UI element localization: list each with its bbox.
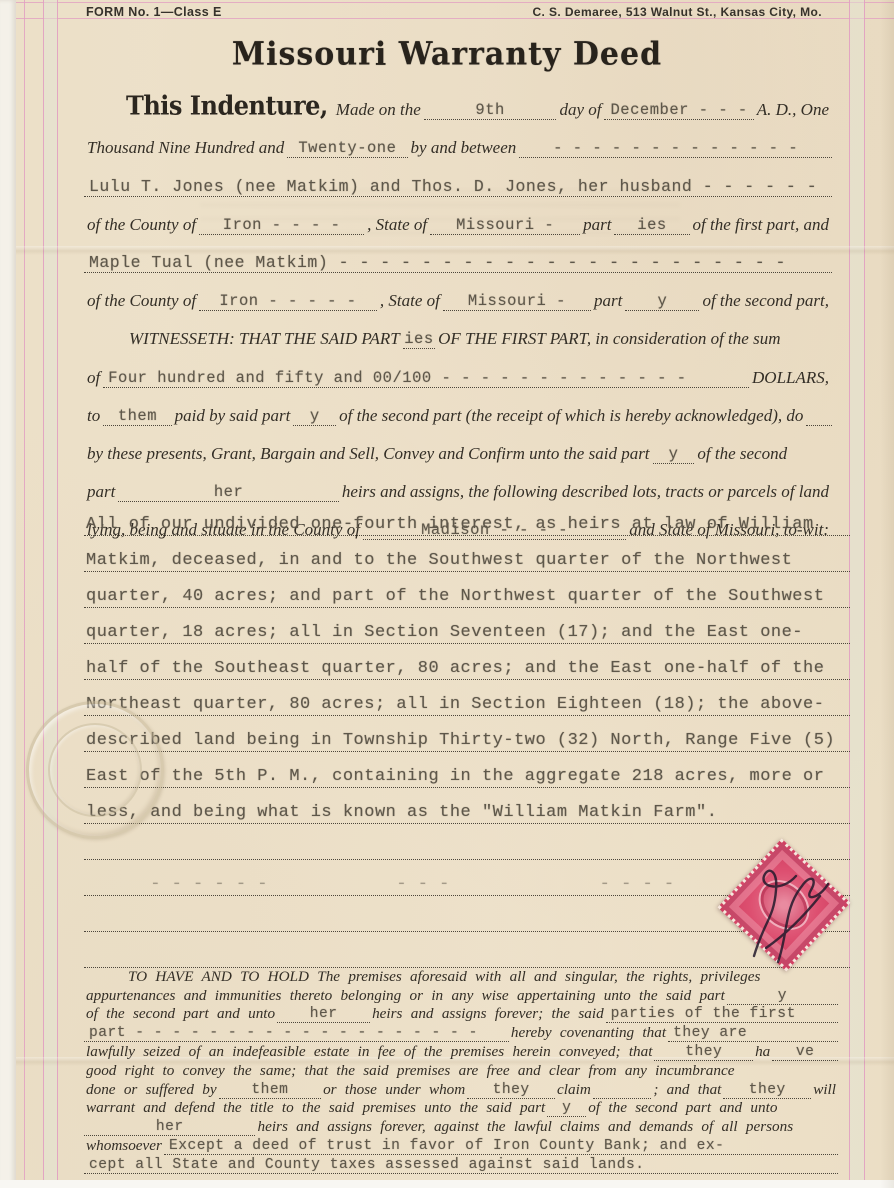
typed-entry: East of the 5th P. M., containing in the… [86,767,824,786]
typed-description-line: described land being in Township Thirty-… [84,716,850,752]
typed-entry: Matkim, deceased, in and to the Southwes… [86,551,792,570]
form-line: done or suffered bythemor those under wh… [84,1081,838,1100]
form-blank: Iron - - - - [199,232,364,235]
printed-text: A. D., One [757,100,829,120]
printer-credit: C. S. Demaree, 513 Walnut St., Kansas Ci… [470,5,822,19]
typed-entry: her [214,483,243,501]
typed-entry: them [118,407,157,425]
typed-entry: ies [404,330,433,348]
printed-text: of the first part, and [693,215,829,235]
typed-entry: they are [673,1025,747,1041]
form-blank: they [467,1096,555,1099]
deed-opening-clause: This Indenture,Made on the9thday ofDecem… [84,84,832,542]
typed-entry: y [562,1100,571,1116]
typed-description-line: Matkim, deceased, in and to the Southwes… [84,536,850,572]
form-line: cept all State and County taxes assessed… [84,1156,838,1175]
printed-text: of the second part, [702,291,829,311]
typed-description-line: half of the Southeast quarter, 80 acres;… [84,644,850,680]
seal-inner-ring [48,723,142,817]
form-line: by these presents, Grant, Bargain and Se… [84,428,832,466]
printed-text: paid by said part [175,406,291,426]
form-blank: her [84,1133,255,1136]
form-blank: parties of the first [606,1020,838,1023]
form-blank: - - - - - - - - - - - - - [519,155,832,158]
printed-text: WITNESSETH: THAT THE SAID PART [129,329,400,349]
form-blank: they [723,1096,811,1099]
printed-text: hereby covenanting that [511,1024,666,1042]
form-blank: December - - - [604,117,753,120]
typed-entry: y [778,988,787,1004]
scan-edge-left [0,0,16,1188]
form-blank: Except a deed of trust in favor of Iron … [164,1152,838,1155]
form-blank: ies [614,232,689,235]
printed-text: part [594,291,622,311]
form-line: This Indenture,Made on the9thday ofDecem… [84,84,832,122]
typed-entry: y [310,407,320,425]
form-blank: ies [403,346,435,349]
form-blank: they [654,1058,753,1061]
left-margin-band [43,0,58,1188]
typed-entry: quarter, 18 acres; all in Section Sevent… [86,623,803,642]
form-blank: Missouri - [443,308,591,311]
form-blank: them [103,423,171,426]
typed-entry: Iron - - - - - [219,292,356,310]
form-blank: Missouri - [430,232,580,235]
form-blank: Iron - - - - - [199,308,377,311]
form-line: of the second part and untoherheirs and … [84,1006,838,1025]
form-line: of the County ofIron - - - - -, State of… [84,275,832,313]
typed-description-line: East of the 5th P. M., containing in the… [84,752,850,788]
printed-text: by and between [411,138,517,158]
top-margin-line [0,2,894,3]
typed-entry: Lulu T. Jones (nee Matkim) and Thos. D. … [89,177,817,196]
typed-entry: 9th [475,101,504,119]
form-line: tothempaid by said partyof the second pa… [84,390,832,428]
typed-entry: they [749,1082,786,1098]
typed-entry: parties of the first [611,1006,796,1022]
printed-text: appurtenances and immunities thereto bel… [86,987,725,1005]
form-blank: y [653,461,695,464]
typed-entry: described land being in Township Thirty-… [86,731,835,750]
form-line: lawfully seized of an indefeasible estat… [84,1043,838,1062]
form-line: Lulu T. Jones (nee Matkim) and Thos. D. … [84,160,832,198]
printed-text: or those under whom [323,1081,465,1099]
blank-ruled-line [84,932,850,968]
blank-ruled-line [84,824,850,860]
printed-text: heirs and assigns forever, against the l… [257,1118,793,1136]
typed-description-line: Northeast quarter, 80 acres; all in Sect… [84,680,850,716]
typed-entry: y [658,292,668,310]
right-margin-band [849,0,865,1188]
form-blank: y [547,1114,586,1117]
printed-text: part [583,215,611,235]
printed-text: of [87,368,100,388]
form-blank: ve [772,1058,838,1061]
printed-text: ha [755,1043,770,1061]
deed-title: Missouri Warranty Deed [0,36,894,73]
typed-entry: less, and being what is known as the "Wi… [86,803,717,822]
typed-entry: they [685,1044,722,1060]
typed-entry: Northeast quarter, 80 acres; all in Sect… [86,695,824,714]
printed-text: DOLLARS, [752,368,829,388]
form-line: partherheirs and assigns, the following … [84,466,832,504]
typed-entry: Twenty-one [298,139,396,157]
typed-entry: - - - - - - - - - - - - - [553,139,798,157]
printed-text: to [87,406,100,426]
scan-edge-right [880,0,894,1188]
form-line: TO HAVE AND TO HOLD The premises aforesa… [84,968,838,987]
printed-text: of the second part and unto [588,1100,777,1118]
printed-text: of the second part (the receipt of which… [339,406,803,426]
printed-text: by these presents, Grant, Bargain and Se… [87,444,650,464]
printed-text: ; and that [653,1081,721,1099]
printed-text: of the second part and unto [86,1006,275,1024]
printed-text: claim [557,1081,591,1099]
printed-text: of the County of [87,215,196,235]
form-blank: them [219,1096,321,1099]
printed-text: TO HAVE AND TO HOLD The premises aforesa… [128,968,760,986]
printed-text: good right to convey the same; that the … [86,1062,734,1080]
typed-entry: part - - - - - - - - - - - - - - - - - -… [89,1025,478,1041]
scanned-deed-page: FORM No. 1—Class E C. S. Demaree, 513 Wa… [0,0,894,1188]
typed-entry: half of the Southeast quarter, 80 acres;… [86,659,824,678]
typed-entry: December - - - [611,101,748,119]
typed-entry: Iron - - - - [223,216,341,234]
printed-text: will [813,1081,836,1099]
printed-text: , State of [367,215,427,235]
printed-text: of the second [697,444,787,464]
form-blank: Twenty-one [287,155,407,158]
form-blank: her [277,1020,370,1023]
form-line: WITNESSETH: THAT THE SAID PARTiesOF THE … [84,313,832,351]
printed-text: of the County of [87,291,196,311]
typed-entry: Missouri - [456,216,554,234]
typed-entry: - - - - - - - - - - - - - [86,875,675,894]
form-line: part - - - - - - - - - - - - - - - - - -… [84,1024,838,1043]
typed-description-line: less, and being what is known as the "Wi… [84,788,850,824]
typed-description-line: quarter, 18 acres; all in Section Sevent… [84,608,850,644]
printed-text: Thousand Nine Hundred and [87,138,284,158]
form-blank [593,1096,652,1099]
typed-entry: quarter, 40 acres; and part of the North… [86,587,824,606]
typed-entry: they [493,1082,530,1098]
blackletter-text: This Indenture, [126,90,328,121]
printed-text: done or suffered by [86,1081,217,1099]
form-blank: cept all State and County taxes assessed… [84,1171,838,1174]
printed-text: day of [559,100,601,120]
typed-entry: ve [796,1044,815,1060]
typed-description-line: quarter, 40 acres; and part of the North… [84,572,850,608]
form-blank: Four hundred and fifty and 00/100 - - - … [103,385,749,388]
form-blank: y [293,423,336,426]
form-blank: Maple Tual (nee Matkim) - - - - - - - - … [84,270,832,273]
form-line: Thousand Nine Hundred andTwenty-oneby an… [84,122,832,160]
form-line: ofFour hundred and fifty and 00/100 - - … [84,351,832,389]
typed-entry: y [669,445,679,463]
typed-entry: Except a deed of trust in favor of Iron … [169,1138,724,1154]
stamp-center-medallion [749,870,820,940]
typed-description-line: All of our undivided one-fourth interest… [84,500,850,536]
form-line: whomsoeverExcept a deed of trust in favo… [84,1137,838,1156]
form-blank: 9th [424,117,557,120]
form-blank: Lulu T. Jones (nee Matkim) and Thos. D. … [84,194,832,197]
habendum-clause: TO HAVE AND TO HOLD The premises aforesa… [84,968,838,1175]
form-blank: y [625,308,699,311]
printed-text: lawfully seized of an indefeasible estat… [86,1043,652,1061]
typed-entry: Maple Tual (nee Matkim) - - - - - - - - … [89,253,786,272]
printed-text: whomsoever [86,1137,162,1155]
embossed-notary-seal [26,701,164,839]
typed-entry: ies [637,216,666,234]
printed-text: Made on the [336,100,421,120]
form-blank [806,423,832,426]
printed-text: heirs and assigns forever; the said [372,1006,604,1024]
typed-entry: cept all State and County taxes assessed… [89,1157,644,1173]
typed-entry: her [310,1006,338,1022]
form-blank: they are [668,1039,838,1042]
form-line: Maple Tual (nee Matkim) - - - - - - - - … [84,237,832,275]
typed-entry: her [156,1119,184,1135]
form-line: warrant and defend the title to the said… [84,1100,838,1119]
form-line: appurtenances and immunities thereto bel… [84,987,838,1006]
form-blank: y [727,1002,838,1005]
printed-text: warrant and defend the title to the said… [86,1100,545,1118]
form-line: of the County ofIron - - - -, State ofMi… [84,199,832,237]
typed-entry: Missouri - [468,292,566,310]
form-blank: part - - - - - - - - - - - - - - - - - -… [84,1039,509,1042]
form-line: good right to convey the same; that the … [84,1062,838,1081]
printed-text: , State of [380,291,440,311]
printed-text: OF THE FIRST PART, in consideration of t… [438,329,780,349]
form-number: FORM No. 1—Class E [86,5,222,19]
typed-entry: All of our undivided one-fourth interest… [86,515,814,534]
form-line: herheirs and assigns forever, against th… [84,1118,838,1137]
left-margin-line [24,0,25,1188]
scan-edge-bottom [0,1180,894,1188]
typed-entry: them [251,1082,288,1098]
typed-entry: Four hundred and fifty and 00/100 - - - … [108,369,686,387]
